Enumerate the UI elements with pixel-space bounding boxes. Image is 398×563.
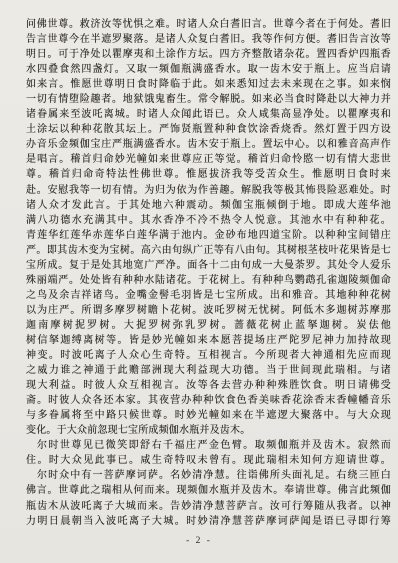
text-line: 诸眷属来至波吒离城。时诸人众闻此语已。众人咸集高显净处。以瞿摩夷和 — [26, 107, 391, 122]
text-line: 尊。稽首归命奇特法性佛世尊。惟愿拔济我等受苦众生。惟愿明日食时来 — [26, 167, 391, 182]
text-line: 一切有情堕险趣者。地狱饿鬼畜生。常令解脱。如来必当食时降赴以大神力并 — [26, 92, 391, 107]
text-line: 树信拏迦缚离树等。皆是妙光幢如来本愿菩提场庄严陀罗尼神力加持故现 — [26, 333, 391, 348]
text-line: 是唱言。稽首归命妙光幢如来世尊应正等觉。稽首归命怜愍一切有情大悲世 — [26, 152, 391, 167]
text-line: 尔时众中有一菩萨摩诃萨。名妙清净慧。往诣佛所头面礼足。右绕三匝白 — [26, 468, 391, 483]
text-line: 现大利益。时彼人众互相视言。汝等各去营办种种殊胜饮食。明日请佛受 — [26, 378, 391, 393]
text-line: 斋。时彼人众各还本家。其夜营办种种饮食色香美味香花涂香末香幢幡音乐 — [26, 393, 391, 408]
text-line: 土涂坛以种种花散其坛上。严饰贤瓶置种种食饮涂香烧香。然灯置于四方设 — [26, 122, 391, 137]
text-line: 迦南摩树抳罗树。大抳罗树弥乳罗树。蔷薇花树止蓝拏迦树。炭佉他 — [26, 318, 391, 333]
text-line: 问佛世尊。救济汝等忧惧之难。时诸人众白耆旧言。世尊今者在于何处。耆旧 — [26, 17, 391, 32]
text-line: 神变。时波吒离子人众心生奇特。互相视言。今所现者大神通相先应而现 — [26, 348, 391, 363]
text-line: 诸人众才发此言。于其处地六种震动。频伽宝瓶倾倒于地。即成大莲华池 — [26, 198, 391, 213]
page-number: - 2 - — [0, 536, 398, 546]
text-line: 之威力谁之神通于此赡部洲现大利益现大功德。当于世间现此瑞相。与诸 — [26, 363, 391, 378]
text-line: 瓶齿木从波吒离子大城而来。告妙清净慧菩萨言。汝可行筹随从我者。以神 — [26, 499, 391, 514]
text-block: 问佛世尊。救济汝等忧惧之难。时诸人众白耆旧言。世尊今者在于何处。耆旧告言世尊今在… — [26, 17, 391, 529]
text-line: 佛言。世尊此之瑞相从何而来。现频伽水瓶并及齿木。奉请世尊。佛言此频伽 — [26, 483, 391, 498]
text-line: 变化。于大众前忽现七宝所成频伽水瓶并及齿木。 — [26, 423, 391, 438]
text-line: 水四叠食然四盏灯。又取一频伽瓶满盛香水。取一齿木安于瓶上。应当启请 — [26, 62, 391, 77]
text-line: 住。时大众见此事已。咸生奇特叹未曾有。现此瑞相未知何方迎请世尊。 — [26, 453, 391, 468]
sutra-page: 问佛世尊。救济汝等忧惧之难。时诸人众白耆旧言。世尊今者在于何处。耆旧告言世尊今在… — [0, 0, 398, 563]
text-line: 办音乐金频伽宝庄严瓶满盛香水。齿木安于瓶上。置坛中心。以和雅音高声作 — [26, 137, 391, 152]
text-line: 严。即其齿木变为宝树。高六由旬纵广正等有八由旬。其树根茎枝叶花果皆是七 — [26, 243, 391, 258]
text-line: 尔时世尊见已微笑即舒右千福庄严金色臂。取频伽瓶并及齿木。寂然而 — [26, 438, 391, 453]
text-line: 告言世尊今在半遮罗聚落。是诸人众复白耆旧。我等作何方便。耆旧告言汝等 — [26, 32, 391, 47]
text-line: 与多眷属将至中路只候世尊。时妙光幢如来在半遮逻大聚落中。与大众现 — [26, 408, 391, 423]
text-line: 赴。安慰我等一切有情。为归为依为作善趣。解脱我等极其怖畏险恶难处。时 — [26, 183, 391, 198]
text-line: 满八功德水充满其中。其水香净不冷不热令人悦意。其池水中有种种花。 — [26, 213, 391, 228]
text-line: 宝所成。复于是处其地宽广严净。面各十二由旬成一大曼荼罗。其处令人爱乐 — [26, 258, 391, 273]
text-line: 以为庄严。所谓多摩罗树瞻卜花树。波吒罗树无忧树。阿低木多迦树苏摩那 — [26, 303, 391, 318]
text-line: 如来言。惟愿世尊明日食时降临于此。如来悉知过去未来现在之事。如来悯 — [26, 77, 391, 92]
text-line: 力明日晨朝当入波吒离子大城。时妙清净慧菩萨摩诃萨闻是语已寻即行筹 — [26, 514, 391, 529]
text-line: 殊丽端严。处处皆有种种水陆诸花。于花树上。有种种鸟鹦鹉孔雀迦陵频伽命 — [26, 273, 391, 288]
text-line: 明日。可于净处以瞿摩夷和土涂作方坛。四方齐整散诸杂花。置四香炉四瓶香 — [26, 47, 391, 62]
text-line: 之鸟及余吉祥诸鸟。金嘴金髻毛羽皆是七宝所成。出和雅音。其地种种花树 — [26, 288, 391, 303]
text-line: 青莲华红莲华赤莲华白莲华满于池内。金砂布地四道宝阶。以种种宝间错庄 — [26, 228, 391, 243]
